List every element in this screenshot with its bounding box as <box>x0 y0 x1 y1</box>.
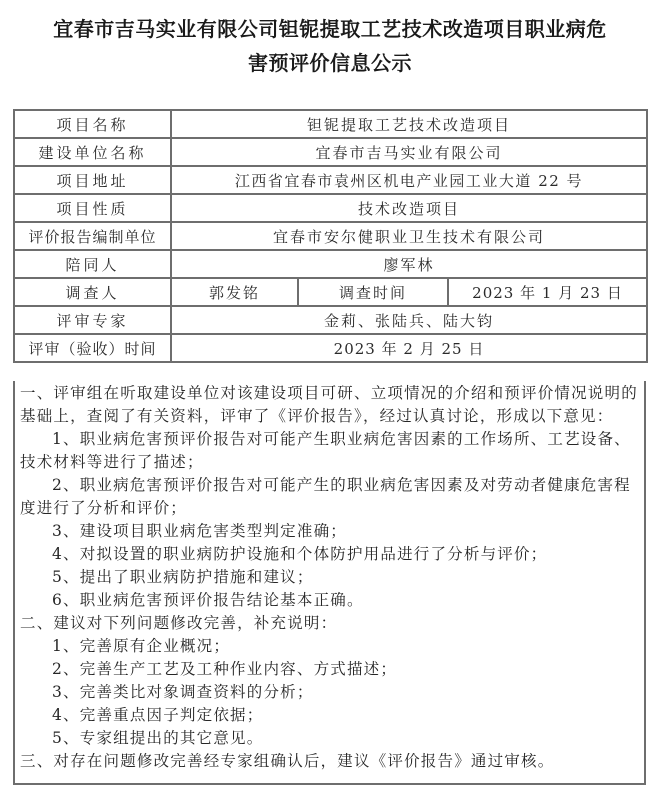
value-report-compiler: 宜春市安尔健职业卫生技术有限公司 <box>171 222 647 250</box>
section-2-item-2: 2、完善生产工艺及工种作业内容、方式描述； <box>20 658 644 681</box>
table-row-investigator: 调查人 郭发铭 调查时间 2023 年 1 月 23 日 <box>14 278 647 306</box>
section-2-item-4: 4、完善重点因子判定依据； <box>20 704 644 727</box>
table-row-review-time: 评审（验收）时间 2023 年 2 月 25 日 <box>14 334 647 362</box>
label-project-address: 项目地址 <box>14 166 171 194</box>
title-line-2: 害预评价信息公示 <box>0 46 660 80</box>
section-2-item-5: 5、专家组提出的其它意见。 <box>20 727 644 750</box>
section-2-intro: 二、建议对下列问题修改完善，补充说明： <box>20 612 644 635</box>
label-project-name: 项目名称 <box>14 110 171 138</box>
label-report-compiler: 评价报告编制单位 <box>14 222 171 250</box>
review-opinion-text: 一、评审组在听取建设单位对该建设项目可研、立项情况的介绍和预评价情况说明的基础上… <box>20 382 644 773</box>
value-accompanying-person: 廖军林 <box>171 250 647 278</box>
table-row-project-nature: 项目性质 技术改造项目 <box>14 194 647 222</box>
section-1-item-2: 2、职业病危害预评价报告对可能产生的职业病危害因素及对劳动者健康危害程度进行了分… <box>20 474 644 520</box>
label-review-time: 评审（验收）时间 <box>14 334 171 362</box>
table-row-review-experts: 评审专家 金莉、张陆兵、陆大钧 <box>14 306 647 334</box>
value-construction-unit: 宜春市吉马实业有限公司 <box>171 138 647 166</box>
table-row-construction-unit: 建设单位名称 宜春市吉马实业有限公司 <box>14 138 647 166</box>
section-2-item-3: 3、完善类比对象调查资料的分析； <box>20 681 644 704</box>
label-investigation-time: 调查时间 <box>298 278 448 306</box>
value-investigator: 郭发铭 <box>171 278 298 306</box>
section-2-item-1: 1、完善原有企业概况； <box>20 635 644 658</box>
section-1-item-1: 1、职业病危害预评价报告对可能产生职业病危害因素的工作场所、工艺设备、技术材料等… <box>20 428 644 474</box>
value-project-address: 江西省宜春市袁州区机电产业园工业大道 22 号 <box>171 166 647 194</box>
value-project-nature: 技术改造项目 <box>171 194 647 222</box>
label-accompanying-person: 陪同人 <box>14 250 171 278</box>
label-construction-unit: 建设单位名称 <box>14 138 171 166</box>
section-1-item-3: 3、建设项目职业病危害类型判定准确； <box>20 520 644 543</box>
section-1-item-4: 4、对拟设置的职业病防护设施和个体防护用品进行了分析与评价； <box>20 543 644 566</box>
document-title: 宜春市吉马实业有限公司钽铌提取工艺技术改造项目职业病危 害预评价信息公示 <box>0 12 660 80</box>
label-project-nature: 项目性质 <box>14 194 171 222</box>
section-1-item-6: 6、职业病危害预评价报告结论基本正确。 <box>20 589 644 612</box>
label-review-experts: 评审专家 <box>14 306 171 334</box>
table-row-project-name: 项目名称 钽铌提取工艺技术改造项目 <box>14 110 647 138</box>
table-row-project-address: 项目地址 江西省宜春市袁州区机电产业园工业大道 22 号 <box>14 166 647 194</box>
table-row-report-compiler: 评价报告编制单位 宜春市安尔健职业卫生技术有限公司 <box>14 222 647 250</box>
project-info-table: 项目名称 钽铌提取工艺技术改造项目 建设单位名称 宜春市吉马实业有限公司 项目地… <box>13 109 648 363</box>
title-line-1: 宜春市吉马实业有限公司钽铌提取工艺技术改造项目职业病危 <box>0 12 660 46</box>
value-investigation-time: 2023 年 1 月 23 日 <box>448 278 647 306</box>
section-1-intro: 一、评审组在听取建设单位对该建设项目可研、立项情况的介绍和预评价情况说明的基础上… <box>20 382 644 428</box>
label-investigator: 调查人 <box>14 278 171 306</box>
table-row-accompanying-person: 陪同人 廖军林 <box>14 250 647 278</box>
section-3-intro: 三、对存在问题修改完善经专家组确认后，建议《评价报告》通过审核。 <box>20 750 644 773</box>
review-opinion-box: 一、评审组在听取建设单位对该建设项目可研、立项情况的介绍和预评价情况说明的基础上… <box>13 381 646 785</box>
value-review-experts: 金莉、张陆兵、陆大钧 <box>171 306 647 334</box>
value-project-name: 钽铌提取工艺技术改造项目 <box>171 110 647 138</box>
value-review-time: 2023 年 2 月 25 日 <box>171 334 647 362</box>
section-1-item-5: 5、提出了职业病防护措施和建议； <box>20 566 644 589</box>
